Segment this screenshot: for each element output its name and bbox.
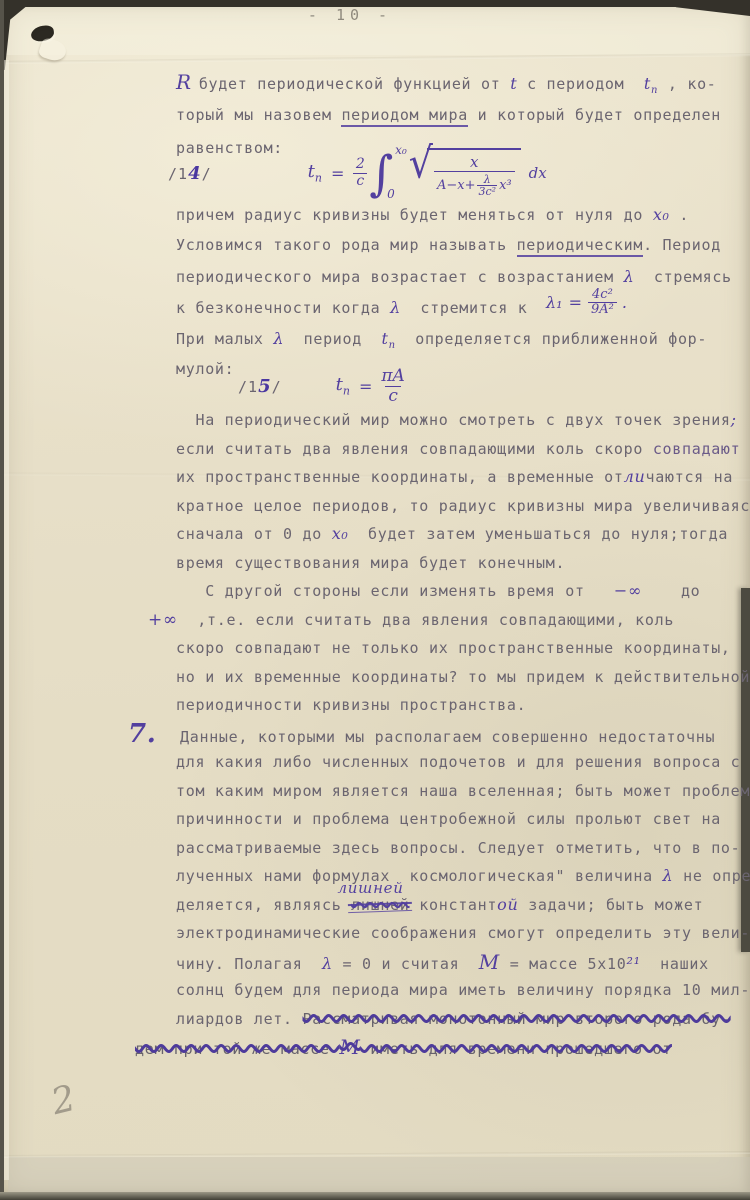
equals-sign: = <box>331 164 344 183</box>
text-segment: Рассматривая монотонный мир второго рода… <box>303 1010 731 1028</box>
text-segment: период <box>284 330 381 348</box>
text-segment: периодом мира <box>341 106 468 127</box>
lambda1-fraction: 4c²9A² <box>588 288 617 318</box>
dx-symbol: dx <box>529 164 547 182</box>
text-line: причинности и проблема центробежной силы… <box>176 808 750 837</box>
text-segment: ; <box>731 410 737 429</box>
text-line: сначала от 0 до x₀ будет затем уменьшать… <box>176 523 750 552</box>
text-line: На периодический мир можно смотреть с дв… <box>176 409 750 438</box>
text-line: дем при той же массе M иметь для времени… <box>176 1036 750 1065</box>
text-line: причем радиус кривизны будет меняться от… <box>176 203 750 234</box>
text-segment: кратное целое периодов, то радиус кривиз… <box>176 497 750 515</box>
text-segment: λ <box>624 267 635 286</box>
text-line: скоро совпадают не только их пространств… <box>176 637 750 666</box>
text-segment: Условимся такого рода мир называть <box>176 236 517 254</box>
text-segment: x₀ <box>653 205 670 224</box>
text-segment: ,т.е. если считать два явления совпадающ… <box>178 611 674 629</box>
text-line: но и их временные координаты? то мы прид… <box>176 666 750 695</box>
text-segment: периодического мира возрастает с возраст… <box>176 268 624 286</box>
t-period-symbol: tп <box>336 374 350 398</box>
text-segment: чаются на <box>646 468 734 486</box>
text-segment: иметь для времени прошедшего от <box>361 1040 672 1058</box>
text-segment: определяется приближенной фор- <box>396 330 707 348</box>
text-segment: +∞ <box>148 610 178 630</box>
lambda1-formula: λ₁ = 4c²9A² . <box>546 288 627 318</box>
text-segment: лишней <box>351 896 409 914</box>
text-segment: лученных нами формулах космологическая" … <box>176 867 663 885</box>
integral-upper-limit: x₀ <box>395 143 407 157</box>
page-number: - 10 - <box>0 6 700 24</box>
text-segment: с периодом <box>517 75 644 93</box>
text-line: +∞ ,т.е. если считать два явления совпад… <box>176 609 750 638</box>
text-segment: время существования мира будет конечным. <box>176 554 565 572</box>
text-segment: совпадают <box>653 440 741 458</box>
text-segment: скоро совпадают не только их пространств… <box>176 639 731 657</box>
text-segment: рассматриваемые здесь вопросы. Следует о… <box>176 839 740 857</box>
text-segment: t <box>644 74 651 93</box>
text-segment: солнц будем для периода мира иметь велич… <box>176 981 750 999</box>
text-segment: = 0 и считая <box>333 955 479 973</box>
text-line: их пространственные координаты, а времен… <box>176 466 750 495</box>
text-segment: периодическим <box>517 236 644 257</box>
text-segment: ой <box>497 895 518 914</box>
text-line: если считать два явления совпадающими ко… <box>176 438 750 467</box>
text-segment: λ <box>273 329 284 348</box>
text-segment: . Период <box>643 236 721 254</box>
t-period-symbol: tп <box>308 161 322 185</box>
text-segment: и который будет определен <box>468 106 721 124</box>
text-segment: для какия либо численных подочетов и для… <box>176 753 740 771</box>
text-line: торый мы назовем периодом мира и который… <box>176 103 750 136</box>
text-segment: торый мы назовем <box>176 106 341 124</box>
text-line: лученных нами формулах космологическая" … <box>176 865 750 894</box>
formula-15: /15/ tп = πAc <box>238 367 405 405</box>
text-segment: лиардов лет. <box>176 1010 303 1028</box>
text-segment: том каким миром является наша вселенная;… <box>176 782 750 800</box>
text-segment: до <box>642 582 700 600</box>
text-segment: сначала от 0 до <box>176 525 332 543</box>
text-segment: будет периодической функцией от <box>199 75 510 93</box>
text-segment: чину. Полагая <box>176 955 322 973</box>
text-line: Условимся такого рода мир называть перио… <box>176 234 750 265</box>
lambda-over-3c2: λ3c² <box>477 174 497 198</box>
text-segment: их пространственные координаты, а времен… <box>176 468 624 486</box>
text-segment: На периодический мир можно смотреть с дв… <box>176 411 731 429</box>
text-line: 7.Данные, которыми мы располагаем соверш… <box>176 723 750 752</box>
text-line: рассматриваемые здесь вопросы. Следует о… <box>176 837 750 866</box>
text-segment: деляется, являясь <box>176 896 351 914</box>
paper-edge-highlight <box>4 60 9 1180</box>
text-segment: 7. <box>128 723 180 745</box>
formula-14-math: tп = 2c ∫ x₀0 √ x A−x+λ3c²x³ dx <box>308 146 547 200</box>
text-segment: ²¹ <box>626 954 640 973</box>
text-line: к безконечности когда λ стремится к <box>176 296 750 327</box>
text-segment: констант <box>410 896 498 914</box>
text-segment: t <box>381 329 388 348</box>
text-segment: не опре- <box>673 867 750 885</box>
text-segment: причинности и проблема центробежной силы… <box>176 810 721 828</box>
text-segment: периодичности кривизны пространства. <box>176 696 526 714</box>
text-segment: п <box>389 340 396 351</box>
text-segment: −∞ <box>614 581 642 600</box>
text-segment: λ <box>663 866 674 885</box>
text-line: время существования мира будет конечным. <box>176 552 750 581</box>
paragraph-block-middle: причем радиус кривизны будет меняться от… <box>176 203 750 389</box>
integral: ∫ x₀0 <box>369 146 409 200</box>
text-segment: Данные, которыми мы располагаем совершен… <box>180 728 715 746</box>
text-segment: λ <box>390 298 401 317</box>
text-line: С другой стороны если изменять время от … <box>176 580 750 609</box>
text-segment: будет затем уменьшаться до нуля;тогда <box>349 525 729 543</box>
text-segment: С другой стороны если изменять время от <box>176 582 614 600</box>
text-segment: задачи; быть может <box>518 896 703 914</box>
text-segment: к безконечности когда <box>176 299 390 317</box>
text-segment: электродинамические соображения смогут о… <box>176 924 750 942</box>
equals-sign: = <box>359 377 372 396</box>
text-segment: M <box>479 950 500 974</box>
text-line: При малых λ период tп определяется прибл… <box>176 327 750 358</box>
text-segment: стремясь <box>634 268 731 286</box>
text-segment: λ <box>322 954 333 973</box>
lambda1-symbol: λ₁ <box>546 293 563 312</box>
text-segment: если считать два явления совпадающими ко… <box>176 440 653 458</box>
text-line: том каким миром является наша вселенная;… <box>176 780 750 809</box>
text-segment: но и их временные координаты? то мы прид… <box>176 668 750 686</box>
text-segment: = массе 5х10 <box>500 955 627 973</box>
text-segment: M <box>339 1035 360 1059</box>
formula-15-label: /15/ <box>238 376 282 397</box>
text-line: R будет периодической функцией от t с пе… <box>176 70 750 103</box>
integral-sign: ∫ <box>369 154 393 193</box>
radical-sign: √ <box>409 142 433 185</box>
text-line: периодического мира возрастает с возраст… <box>176 265 750 296</box>
text-segment: . <box>670 206 689 224</box>
text-segment: дем при той же массе <box>135 1040 339 1058</box>
text-line: лиардов лет. Рассматривая монотонный мир… <box>176 1008 750 1037</box>
formula-14: /14/ tп = 2c ∫ x₀0 √ x A−x+λ3c²x³ <box>168 146 547 200</box>
scan-edge-bottom <box>0 1192 750 1200</box>
period-mark: . <box>622 293 627 312</box>
text-line: для какия либо численных подочетов и для… <box>176 751 750 780</box>
text-line: солнц будем для периода мира иметь велич… <box>176 979 750 1008</box>
paragraph-block-bottom: На периодический мир можно смотреть с дв… <box>176 409 750 1065</box>
text-segment: R <box>176 70 199 94</box>
text-line: кратное целое периодов, то радиус кривиз… <box>176 495 750 524</box>
piA-over-c-fraction: πAc <box>381 367 404 405</box>
text-segment: мулой: <box>176 360 234 378</box>
text-segment: ли <box>624 467 646 486</box>
text-segment: причем радиус кривизны будет меняться от… <box>176 206 653 224</box>
text-segment: При малых <box>176 330 273 348</box>
equals-sign: = <box>569 293 582 312</box>
text-line: деляется, являясь лишнейлишней константо… <box>176 894 750 923</box>
coefficient-fraction: 2c <box>353 157 367 189</box>
text-line: чину. Полагая λ = 0 и считая M = массе 5… <box>176 951 750 980</box>
text-line: электродинамические соображения смогут о… <box>176 922 750 951</box>
document-scan: - 10 - R будет периодической функцией от… <box>0 0 750 1200</box>
text-segment: , ко- <box>658 75 716 93</box>
text-segment: стремится к <box>401 299 537 317</box>
text-line: периодичности кривизны пространства. <box>176 694 750 723</box>
formula-15-math: tп = πAc <box>336 367 405 405</box>
radicand-fraction: x A−x+λ3c²x³ <box>434 154 515 198</box>
formula-14-label: /14/ <box>168 163 212 184</box>
text-segment: x₀ <box>332 524 349 543</box>
square-root: √ x A−x+λ3c²x³ <box>409 148 521 198</box>
text-segment: наших <box>641 955 709 973</box>
